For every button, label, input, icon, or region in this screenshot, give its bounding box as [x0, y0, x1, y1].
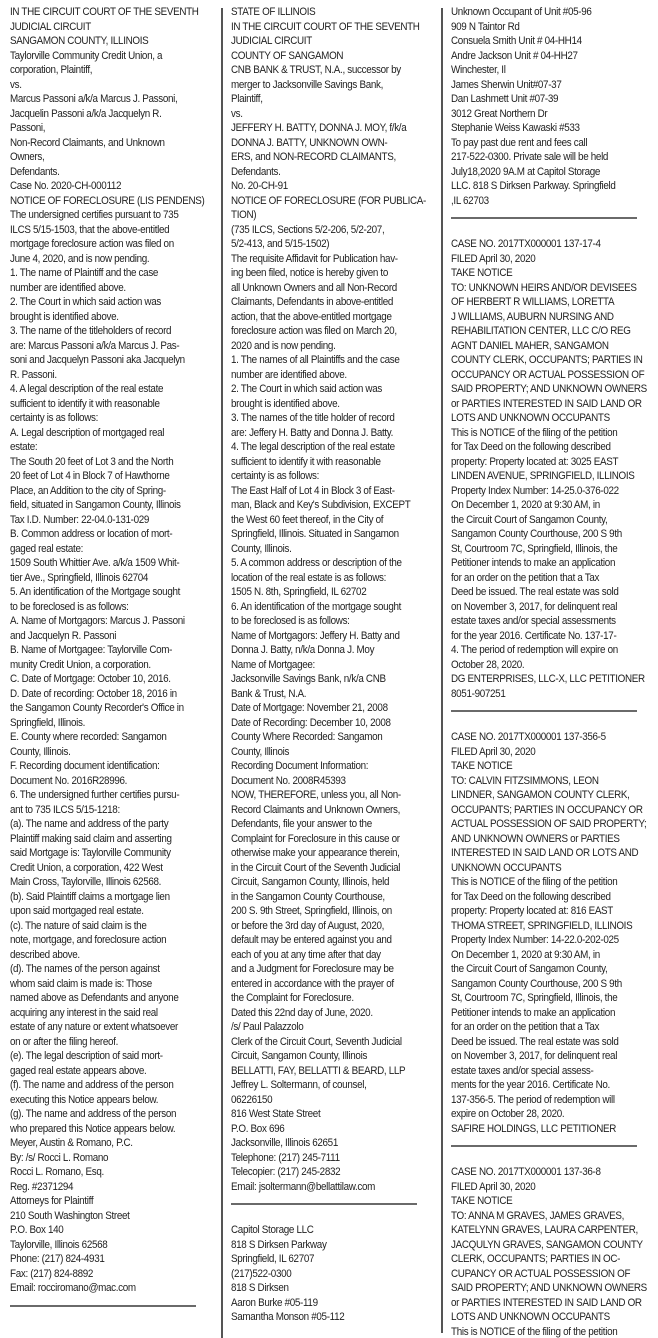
- notice-text-line: Taylorville Community Credit Union, a: [10, 49, 213, 64]
- notice-text-line: This is NOTICE of the filing of the peti…: [451, 426, 654, 441]
- notice-text-line: B. Common address or location of mort-: [10, 527, 213, 542]
- notice-text-line: described above.: [10, 948, 213, 963]
- notice-text-line: Springfield, Illinois.: [10, 716, 213, 731]
- notice-text-line: P.O. Box 696: [231, 1122, 434, 1137]
- notice-text-line: estate taxes and/or special assess-: [451, 1064, 654, 1079]
- notice-text-line: June 4, 2020, and is now pending.: [10, 252, 213, 267]
- notice-text-line: Springfield, Illinois. Situated in Sanga…: [231, 527, 434, 542]
- legal-notice-capitol-storage-part2: Unknown Occupant of Unit #05-96909 N Tai…: [451, 5, 654, 208]
- notice-text-line: THOMA STREET, SPRINGFIELD, ILLINOIS: [451, 919, 654, 934]
- notice-text-line: SANGAMON COUNTY, ILLINOIS: [10, 34, 213, 49]
- notice-text-line: gaged real estate appears above.: [10, 1064, 213, 1079]
- notice-text-line: field, situated in Sangamon County, Illi…: [10, 498, 213, 513]
- column-2: STATE OF ILLINOISIN THE CIRCUIT COURT OF…: [231, 5, 434, 1325]
- notice-text-line: County, Illinois.: [10, 745, 213, 760]
- notice-text-line: INTERESTED IN SAID LAND OR LOTS AND: [451, 846, 654, 861]
- notice-text-line: Date of Mortgage: November 21, 2008: [231, 701, 434, 716]
- notice-text-line: STATE OF ILLINOIS: [231, 5, 434, 20]
- notice-text-line: who prepared this Notice appears below.: [10, 1122, 213, 1137]
- notice-text-line: brought is identified above.: [231, 397, 434, 412]
- notice-text-line: default may be entered against you and: [231, 933, 434, 948]
- notice-text-line: 2. The Court in which said action was: [231, 382, 434, 397]
- notice-text-line: certainty is as follows:: [10, 411, 213, 426]
- notice-text-line: JACQULYN GRAVES, SANGAMON COUNTY: [451, 1238, 654, 1253]
- notice-text-line: Taylorville, Illinois 62568: [10, 1238, 213, 1253]
- notice-text-line: DONNA J. BATTY, UNKNOWN OWN-: [231, 136, 434, 151]
- notice-text-line: Deed be issued. The real estate was sold: [451, 1035, 654, 1050]
- notice-text-line: County, Illinois: [231, 745, 434, 760]
- notice-text-line: 4. The legal description of the real est…: [231, 440, 434, 455]
- notice-text-line: CASE NO. 2017TX000001 137-36-8: [451, 1165, 654, 1180]
- notice-text-line: on November 3, 2017, for delinquent real: [451, 1049, 654, 1064]
- notice-text-line: Phone: (217) 824-4931: [10, 1252, 213, 1267]
- notice-text-line: 909 N Taintor Rd: [451, 20, 654, 35]
- notice-text-line: TAKE NOTICE: [451, 759, 654, 774]
- notice-text-line: NOTICE OF FORECLOSURE (LIS PENDENS): [10, 194, 213, 209]
- notice-text-line: The requisite Affidavit for Publication …: [231, 252, 434, 267]
- notice-text-line: corporation, Plaintiff,: [10, 63, 213, 78]
- notice-text-line: OCCUPANTS; PARTIES IN OCCUPANCY OR: [451, 803, 654, 818]
- notice-text-line: CNB BANK & TRUST, N.A., successor by: [231, 63, 434, 78]
- notice-text-line: COUNTY CLERK, OCCUPANTS; PARTIES IN: [451, 353, 654, 368]
- notice-text-line: Clerk of the Circuit Court, Seventh Judi…: [231, 1035, 434, 1050]
- notice-text-line: Petitioner intends to make an applicatio…: [451, 556, 654, 571]
- notice-text-line: action, that the above-entitled mortgage: [231, 310, 434, 325]
- notice-divider: [451, 217, 637, 219]
- column-separator: [441, 8, 443, 1333]
- notice-text-line: (735 ILCS, Sections 5/2-206, 5/2-207,: [231, 223, 434, 238]
- notice-text-line: estate of any nature or extent whatsoeve…: [10, 1020, 213, 1035]
- notice-text-line: 4. The period of redemption will expire …: [451, 643, 654, 658]
- notice-text-line: Meyer, Austin & Romano, P.C.: [10, 1136, 213, 1151]
- notice-text-line: acquiring any interest in the said real: [10, 1006, 213, 1021]
- notice-text-line: LOTS AND UNKNOWN OCCUPANTS: [451, 1310, 654, 1325]
- notice-text-line: Jacksonville Savings Bank, n/k/a CNB: [231, 672, 434, 687]
- notice-text-line: Dan Lashmett Unit #07-39: [451, 92, 654, 107]
- notice-text-line: October 28, 2020.: [451, 658, 654, 673]
- notice-text-line: CUPANCY OR ACTUAL POSSESSION OF: [451, 1267, 654, 1282]
- notice-text-line: Samantha Monson #05-112: [231, 1310, 434, 1325]
- notice-text-line: Aaron Burke #05-119: [231, 1296, 434, 1311]
- notice-text-line: 5. A common address or description of th…: [231, 556, 434, 571]
- notice-text-line: Non-Record Claimants, and Unknown: [10, 136, 213, 151]
- notice-text-line: or PARTIES INTERESTED IN SAID LAND OR: [451, 397, 654, 412]
- notice-text-line: Credit Union, a corporation, 422 West: [10, 861, 213, 876]
- notice-text-line: Consuela Smith Unit # 04-HH14: [451, 34, 654, 49]
- notice-text-line: expire on October 28, 2020.: [451, 1107, 654, 1122]
- notice-text-line: 1. The name of Plaintiff and the case: [10, 266, 213, 281]
- notice-text-line: 1505 N. 8th, Springfield, IL 62702: [231, 585, 434, 600]
- notice-text-line: or PARTIES INTERESTED IN SAID LAND OR: [451, 1296, 654, 1311]
- notice-text-line: TO: UNKNOWN HEIRS AND/OR DEVISEES: [451, 281, 654, 296]
- notice-text-line: 3. The names of the title holder of reco…: [231, 411, 434, 426]
- notice-text-line: 200 S. 9th Street, Springfield, Illinois…: [231, 904, 434, 919]
- notice-text-line: Defendants, file your answer to the: [231, 817, 434, 832]
- notice-text-line: 210 South Washington Street: [10, 1209, 213, 1224]
- notice-text-line: munity Credit Union, a corporation.: [10, 658, 213, 673]
- notice-text-line: TO: ANNA M GRAVES, JAMES GRAVES,: [451, 1209, 654, 1224]
- notice-text-line: 1509 South Whittier Ave. a/k/a 1509 Whit…: [10, 556, 213, 571]
- column-separator: [221, 8, 223, 1338]
- legal-notices-page: IN THE CIRCUIT COURT OF THE SEVENTHJUDIC…: [0, 0, 658, 1338]
- notice-text-line: Bank & Trust, N.A.: [231, 687, 434, 702]
- notice-text-line: CASE NO. 2017TX000001 137-356-5: [451, 730, 654, 745]
- notice-text-line: mortgage foreclosure action was filed on: [10, 237, 213, 252]
- notice-text-line: JUDICIAL CIRCUIT: [231, 34, 434, 49]
- notice-text-line: 816 West State Street: [231, 1107, 434, 1122]
- notice-text-line: Jacquelin Passoni a/k/a Jacquelyn R.: [10, 107, 213, 122]
- notice-text-line: UNKNOWN OCCUPANTS: [451, 861, 654, 876]
- notice-text-line: TAKE NOTICE: [451, 1194, 654, 1209]
- notice-text-line: (a). The name and address of the party: [10, 817, 213, 832]
- notice-text-line: to be foreclosed is as follows:: [231, 614, 434, 629]
- notice-text-line: estate taxes and/or special assessments: [451, 614, 654, 629]
- notice-text-line: 6. The undersigned further certifies pur…: [10, 788, 213, 803]
- notice-text-line: Rocci L. Romano, Esq.: [10, 1165, 213, 1180]
- notice-text-line: 3. The name of the titleholders of recor…: [10, 324, 213, 339]
- notice-text-line: 137-356-5. The period of redemption will: [451, 1093, 654, 1108]
- notice-text-line: certainty is as follows:: [231, 469, 434, 484]
- notice-text-line: number are identified above.: [231, 368, 434, 383]
- notice-text-line: AND UNKNOWN OWNERS or PARTIES: [451, 832, 654, 847]
- notice-text-line: Capitol Storage LLC: [231, 1223, 434, 1238]
- legal-notice-batty-foreclosure: STATE OF ILLINOISIN THE CIRCUIT COURT OF…: [231, 5, 434, 1194]
- notice-text-line: Document No. 2008R45393: [231, 774, 434, 789]
- notice-text-line: said Mortgage is: Taylorville Community: [10, 846, 213, 861]
- notice-text-line: Complaint for Foreclosure in this cause …: [231, 832, 434, 847]
- notice-text-line: To pay past due rent and fees call: [451, 136, 654, 151]
- notice-text-line: for Tax Deed on the following described: [451, 890, 654, 905]
- column-1: IN THE CIRCUIT COURT OF THE SEVENTHJUDIC…: [10, 5, 213, 1325]
- notice-text-line: OF HERBERT R WILLIAMS, LORETTA: [451, 295, 654, 310]
- notice-text-line: St, Courtroom 7C, Springfield, Illinois,…: [451, 991, 654, 1006]
- notice-text-line: This is NOTICE of the filing of the peti…: [451, 875, 654, 890]
- notice-text-line: BELLATTI, FAY, BELLATTI & BEARD, LLP: [231, 1064, 434, 1079]
- notice-text-line: in the Sangamon County Courthouse,: [231, 890, 434, 905]
- notice-text-line: property: Property located at: 816 EAST: [451, 904, 654, 919]
- notice-text-line: J WILLIAMS, AUBURN NURSING AND: [451, 310, 654, 325]
- notice-text-line: FILED April 30, 2020: [451, 252, 654, 267]
- notice-text-line: named above as Defendants and anyone: [10, 991, 213, 1006]
- notice-text-line: /s/ Paul Palazzolo: [231, 1020, 434, 1035]
- notice-text-line: note, mortgage, and foreclosure action: [10, 933, 213, 948]
- notice-text-line: SAID PROPERTY; AND UNKNOWN OWNERS: [451, 382, 654, 397]
- notice-text-line: are: Marcus Passoni a/k/a Marcus J. Pas-: [10, 339, 213, 354]
- notice-text-line: property: Property located at: 3025 EAST: [451, 455, 654, 470]
- notice-text-line: estate:: [10, 440, 213, 455]
- notice-text-line: for an order on the petition that a Tax: [451, 571, 654, 586]
- notice-text-line: Marcus Passoni a/k/a Marcus J. Passoni,: [10, 92, 213, 107]
- notice-text-line: 1. The names of all Plaintiffs and the c…: [231, 353, 434, 368]
- notice-text-line: Attorneys for Plaintiff: [10, 1194, 213, 1209]
- notice-text-line: Document No. 2016R28996.: [10, 774, 213, 789]
- notice-text-line: KATELYNN GRAVES, LAURA CARPENTER,: [451, 1223, 654, 1238]
- notice-text-line: and Jacquelyn R. Passoni: [10, 629, 213, 644]
- notice-text-line: R. Passoni.: [10, 368, 213, 383]
- notice-text-line: for an order on the petition that a Tax: [451, 1020, 654, 1035]
- notice-divider: [451, 710, 637, 712]
- notice-text-line: 5. An identification of the Mortgage sou…: [10, 585, 213, 600]
- legal-notice-capitol-storage-part1: Capitol Storage LLC818 S Dirksen Parkway…: [231, 1223, 434, 1325]
- notice-text-line: County Where Recorded: Sangamon: [231, 730, 434, 745]
- notice-text-line: Property Index Number: 14-25.0-376-022: [451, 484, 654, 499]
- notice-text-line: Tax I.D. Number: 22-04.0-131-029: [10, 513, 213, 528]
- notice-text-line: soni and Jacquelyn Passoni aka Jacquelyn: [10, 353, 213, 368]
- notice-text-line: Place, an Addition to the city of Spring…: [10, 484, 213, 499]
- notice-text-line: Email: rocciromano@mac.com: [10, 1281, 213, 1296]
- notice-text-line: Circuit, Sangamon County, Illinois: [231, 1049, 434, 1064]
- notice-text-line: 20 feet of Lot 4 in Block 7 of Hawthorne: [10, 469, 213, 484]
- notice-text-line: entered in accordance with the prayer of: [231, 977, 434, 992]
- notice-text-line: all Unknown Owners and all Non-Record: [231, 281, 434, 296]
- notice-text-line: FILED April 30, 2020: [451, 1180, 654, 1195]
- notice-text-line: A. Name of Mortgagors: Marcus J. Passoni: [10, 614, 213, 629]
- notice-divider: [231, 1203, 417, 1205]
- notice-text-line: Case No. 2020-CH-000112: [10, 179, 213, 194]
- legal-notice-tax-deed-137-356-5: CASE NO. 2017TX000001 137-356-5FILED Apr…: [451, 730, 654, 1136]
- notice-text-line: Property Index Number: 14-22.0-202-025: [451, 933, 654, 948]
- notice-text-line: vs.: [231, 107, 434, 122]
- notice-text-line: the Circuit Court of Sangamon County,: [451, 962, 654, 977]
- notice-text-line: sufficient to identify it with reasonabl…: [10, 397, 213, 412]
- notice-text-line: Defendants.: [10, 165, 213, 180]
- notice-text-line: C. Date of Mortgage: October 10, 2016.: [10, 672, 213, 687]
- notice-text-line: A. Legal description of mortgaged real: [10, 426, 213, 441]
- notice-text-line: The East Half of Lot 4 in Block 3 of Eas…: [231, 484, 434, 499]
- notice-text-line: (e). The legal description of said mort-: [10, 1049, 213, 1064]
- notice-text-line: County, Illinois.: [231, 542, 434, 557]
- column-3: Unknown Occupant of Unit #05-96909 N Tai…: [451, 5, 654, 1338]
- notice-text-line: man, Black and Key's Subdivision, EXCEPT: [231, 498, 434, 513]
- notice-text-line: (c). The nature of said claim is the: [10, 919, 213, 934]
- notice-text-line: vs.: [10, 78, 213, 93]
- notice-text-line: ILCS 5/15-1503, that the above-entitled: [10, 223, 213, 238]
- notice-divider: [10, 1305, 196, 1307]
- notice-text-line: P.O. Box 140: [10, 1223, 213, 1238]
- notice-text-line: (f). The name and address of the person: [10, 1078, 213, 1093]
- notice-text-line: Defendants.: [231, 165, 434, 180]
- notice-text-line: Record Claimants and Unknown Owners,: [231, 803, 434, 818]
- notice-text-line: the Sangamon County Recorder's Office in: [10, 701, 213, 716]
- notice-text-line: Name of Mortgagee:: [231, 658, 434, 673]
- notice-text-line: E. County where recorded: Sangamon: [10, 730, 213, 745]
- notice-text-line: OCCUPANCY OR ACTUAL POSSESSION OF: [451, 368, 654, 383]
- notice-text-line: Telephone: (217) 245-7111: [231, 1151, 434, 1166]
- notice-text-line: are: Jeffery H. Batty and Donna J. Batty…: [231, 426, 434, 441]
- notice-text-line: COUNTY OF SANGAMON: [231, 49, 434, 64]
- notice-text-line: By: /s/ Rocci L. Romano: [10, 1151, 213, 1166]
- notice-text-line: the Complaint for Foreclosure.: [231, 991, 434, 1006]
- notice-text-line: ,IL 62703: [451, 194, 654, 209]
- notice-text-line: Stephanie Weiss Kawaski #533: [451, 121, 654, 136]
- notice-text-line: 818 S Dirksen Parkway: [231, 1238, 434, 1253]
- notice-text-line: The undersigned certifies pursuant to 73…: [10, 208, 213, 223]
- notice-text-line: Deed be issued. The real estate was sold: [451, 585, 654, 600]
- notice-text-line: TO: CALVIN FITZSIMMONS, LEON: [451, 774, 654, 789]
- notice-text-line: for Tax Deed on the following described: [451, 440, 654, 455]
- notice-text-line: D. Date of recording: October 18, 2016 i…: [10, 687, 213, 702]
- notice-text-line: Circuit, Sangamon County, Illinois, held: [231, 875, 434, 890]
- notice-text-line: LINDNER, SANGAMON COUNTY CLERK,: [451, 788, 654, 803]
- legal-notice-tax-deed-137-17-4: CASE NO. 2017TX000001 137-17-4FILED Apri…: [451, 237, 654, 701]
- notice-text-line: 2020 and is now pending.: [231, 339, 434, 354]
- notice-text-line: 6. An identification of the mortgage sou…: [231, 600, 434, 615]
- notice-text-line: (d). The names of the person against: [10, 962, 213, 977]
- notice-text-line: Claimants, Defendants in above-entitled: [231, 295, 434, 310]
- notice-text-line: Sangamon County Courthouse, 200 S 9th: [451, 527, 654, 542]
- notice-text-line: Sangamon County Courthouse, 200 S 9th: [451, 977, 654, 992]
- notice-text-line: Email: jsoltermann@bellattilaw.com: [231, 1180, 434, 1195]
- notice-text-line: ing been filed, notice is hereby given t…: [231, 266, 434, 281]
- notice-text-line: 217-522-0300. Private sale will be held: [451, 150, 654, 165]
- notice-text-line: Owners,: [10, 150, 213, 165]
- notice-text-line: sufficient to identify it with reasonabl…: [231, 455, 434, 470]
- notice-text-line: each of you at any time after that day: [231, 948, 434, 963]
- notice-text-line: 8051-907251: [451, 687, 654, 702]
- notice-text-line: on or after the filing hereof.: [10, 1035, 213, 1050]
- notice-divider: [451, 1145, 637, 1147]
- notice-text-line: Unknown Occupant of Unit #05-96: [451, 5, 654, 20]
- notice-text-line: Winchester, Il: [451, 63, 654, 78]
- notice-text-line: Petitioner intends to make an applicatio…: [451, 1006, 654, 1021]
- notice-text-line: LOTS AND UNKNOWN OCCUPANTS: [451, 411, 654, 426]
- notice-text-line: 818 S Dirksen: [231, 1281, 434, 1296]
- notice-text-line: Donna J. Batty, n/k/a Donna J. Moy: [231, 643, 434, 658]
- notice-text-line: for the year 2016. Certificate No. 137-1…: [451, 629, 654, 644]
- notice-text-line: and a Judgment for Foreclosure may be: [231, 962, 434, 977]
- notice-text-line: Andre Jackson Unit # 04-HH27: [451, 49, 654, 64]
- notice-text-line: AGNT DANIEL MAHER, SANGAMON: [451, 339, 654, 354]
- notice-text-line: ACTUAL POSSESSION OF SAID PROPERTY;: [451, 817, 654, 832]
- notice-text-line: to be foreclosed is as follows:: [10, 600, 213, 615]
- notice-text-line: On December 1, 2020 at 9:30 AM, in: [451, 948, 654, 963]
- notice-text-line: Main Cross, Taylorville, Illinois 62568.: [10, 875, 213, 890]
- notice-text-line: 06226150: [231, 1093, 434, 1108]
- notice-text-line: Date of Recording: December 10, 2008: [231, 716, 434, 731]
- notice-text-line: F. Recording document identification:: [10, 759, 213, 774]
- notice-text-line: or before the 3rd day of August, 2020,: [231, 919, 434, 934]
- notice-text-line: IN THE CIRCUIT COURT OF THE SEVENTH: [231, 20, 434, 35]
- notice-text-line: Reg. #2371294: [10, 1180, 213, 1195]
- notice-text-line: the West 60 feet thereof, in the City of: [231, 513, 434, 528]
- notice-text-line: location of the real estate is as follow…: [231, 571, 434, 586]
- notice-text-line: tier Ave., Springfield, Illinois 62704: [10, 571, 213, 586]
- notice-text-line: JEFFERY H. BATTY, DONNA J. MOY, f/k/a: [231, 121, 434, 136]
- notice-text-line: brought is identified above.: [10, 310, 213, 325]
- notice-text-line: Name of Mortgagors: Jeffery H. Batty and: [231, 629, 434, 644]
- notice-text-line: No. 20-CH-91: [231, 179, 434, 194]
- notice-text-line: CASE NO. 2017TX000001 137-17-4: [451, 237, 654, 252]
- notice-text-line: 4. A legal description of the real estat…: [10, 382, 213, 397]
- notice-text-line: ments for the year 2016. Certificate No.: [451, 1078, 654, 1093]
- notice-text-line: Plaintiff,: [231, 92, 434, 107]
- notice-text-line: upon said mortgaged real estate.: [10, 904, 213, 919]
- notice-text-line: gaged real estate:: [10, 542, 213, 557]
- notice-text-line: TAKE NOTICE: [451, 266, 654, 281]
- notice-text-line: on November 3, 2017, for delinquent real: [451, 600, 654, 615]
- notice-text-line: NOW, THEREFORE, unless you, all Non-: [231, 788, 434, 803]
- notice-text-line: merger to Jacksonville Savings Bank,: [231, 78, 434, 93]
- notice-text-line: DG ENTERPRISES, LLC-X, LLC PETITIONER: [451, 672, 654, 687]
- notice-text-line: TION): [231, 208, 434, 223]
- legal-notice-tax-deed-137-36-8: CASE NO. 2017TX000001 137-36-8FILED Apri…: [451, 1165, 654, 1338]
- notice-text-line: (217)522-0300: [231, 1267, 434, 1282]
- notice-text-line: CLERK, OCCUPANTS; PARTIES IN OC-: [451, 1252, 654, 1267]
- notice-text-line: LLC. 818 S Dirksen Parkway. Springfield: [451, 179, 654, 194]
- notice-text-line: Dated this 22nd day of June, 2020.: [231, 1006, 434, 1021]
- notice-text-line: whom said claim is made is: Those: [10, 977, 213, 992]
- notice-text-line: 3012 Great Northern Dr: [451, 107, 654, 122]
- notice-text-line: James Sherwin Unit#07-37: [451, 78, 654, 93]
- notice-text-line: St, Courtroom 7C, Springfield, Illinois,…: [451, 542, 654, 557]
- notice-text-line: Recording Document Information:: [231, 759, 434, 774]
- notice-text-line: LINDEN AVENUE, SPRINGFIELD, ILLINOIS: [451, 469, 654, 484]
- notice-text-line: foreclosure action was filed on March 20…: [231, 324, 434, 339]
- notice-text-line: REHABILITATION CENTER, LLC C/O REG: [451, 324, 654, 339]
- notice-text-line: Springfield, IL 62707: [231, 1252, 434, 1267]
- notice-text-line: SAID PROPERTY; AND UNKNOWN OWNERS: [451, 1281, 654, 1296]
- notice-text-line: Plaintiff making said claim and assertin…: [10, 832, 213, 847]
- notice-text-line: On December 1, 2020 at 9:30 AM, in: [451, 498, 654, 513]
- legal-notice-passoni-foreclosure: IN THE CIRCUIT COURT OF THE SEVENTHJUDIC…: [10, 5, 213, 1296]
- notice-text-line: SAFIRE HOLDINGS, LLC PETITIONER: [451, 1122, 654, 1137]
- notice-text-line: 2. The Court in which said action was: [10, 295, 213, 310]
- notice-text-line: the Circuit Court of Sangamon County,: [451, 513, 654, 528]
- notice-text-line: in the Circuit Court of the Seventh Judi…: [231, 861, 434, 876]
- notice-text-line: Jeffrey L. Soltermann, of counsel,: [231, 1078, 434, 1093]
- notice-text-line: NOTICE OF FORECLOSURE (FOR PUBLICA-: [231, 194, 434, 209]
- notice-text-line: This is NOTICE of the filing of the peti…: [451, 1325, 654, 1338]
- notice-text-line: executing this Notice appears below.: [10, 1093, 213, 1108]
- notice-text-line: JUDICIAL CIRCUIT: [10, 20, 213, 35]
- notice-text-line: Jacksonville, Illinois 62651: [231, 1136, 434, 1151]
- notice-text-line: Fax: (217) 824-8892: [10, 1267, 213, 1282]
- notice-text-line: IN THE CIRCUIT COURT OF THE SEVENTH: [10, 5, 213, 20]
- notice-text-line: The South 20 feet of Lot 3 and the North: [10, 455, 213, 470]
- notice-text-line: number are identified above.: [10, 281, 213, 296]
- notice-text-line: Telecopier: (217) 245-2832: [231, 1165, 434, 1180]
- notice-text-line: Passoni,: [10, 121, 213, 136]
- notice-text-line: FILED April 30, 2020: [451, 745, 654, 760]
- notice-text-line: ant to 735 ILCS 5/15-1218:: [10, 803, 213, 818]
- notice-text-line: (g). The name and address of the person: [10, 1107, 213, 1122]
- notice-text-line: 5/2-413, and 5/15-1502): [231, 237, 434, 252]
- notice-text-line: ERS, and NON-RECORD CLAIMANTS,: [231, 150, 434, 165]
- notice-text-line: B. Name of Mortgagee: Taylorville Com-: [10, 643, 213, 658]
- notice-text-line: otherwise make your appearance therein,: [231, 846, 434, 861]
- notice-text-line: July18,2020 9A.M at Capitol Storage: [451, 165, 654, 180]
- notice-text-line: (b). Said Plaintiff claims a mortgage li…: [10, 890, 213, 905]
